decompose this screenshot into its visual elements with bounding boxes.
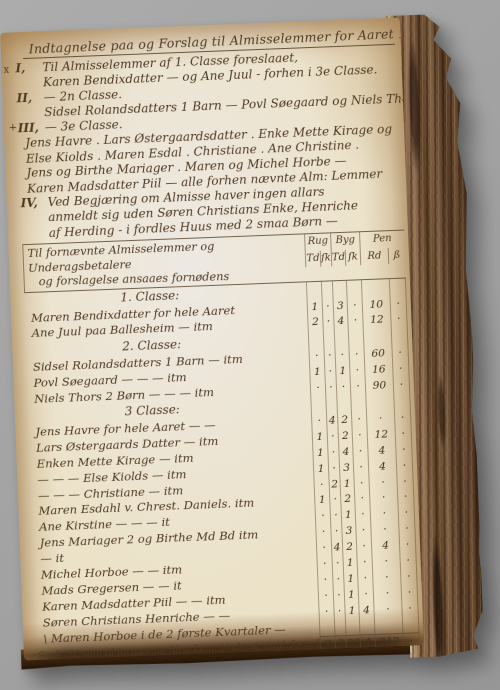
value-cell: · — [313, 477, 329, 493]
value-cell: · — [356, 539, 372, 555]
value-cell — [402, 617, 420, 634]
value-cell — [391, 328, 409, 346]
column-group-label: Pen — [359, 231, 405, 250]
value-cell: · — [373, 586, 402, 603]
value-cell: 1 — [307, 299, 323, 315]
value-cell: · — [308, 349, 324, 365]
value-cell: · — [400, 569, 418, 586]
value-cell: · — [401, 585, 419, 602]
value-cell — [319, 620, 335, 636]
value-cell: · — [331, 556, 343, 572]
value-cell — [359, 619, 375, 635]
column-unit-label: Td — [305, 251, 321, 268]
value-cell: · — [327, 445, 339, 461]
paragraph-list: I,Til Almisselemmer af 1. Classe foresla… — [15, 47, 404, 242]
value-cell: · — [353, 476, 369, 492]
value-cell: · — [396, 474, 414, 491]
value-cell: · — [325, 380, 337, 396]
value-cell: · — [316, 541, 332, 557]
value-cell: · — [354, 491, 370, 507]
value-cell: 4 — [326, 413, 338, 429]
value-cell: · — [349, 363, 365, 379]
alms-table: Til fornævnte Almisselemmer og Underagsb… — [22, 230, 420, 661]
value-cell: 2 — [340, 492, 355, 508]
value-cell: · — [355, 523, 371, 539]
value-cell: 1 — [341, 508, 356, 524]
value-cell — [389, 279, 407, 297]
value-cell: 12 — [362, 313, 391, 330]
value-cell — [310, 396, 326, 414]
value-cell — [323, 331, 335, 349]
value-cell: · — [322, 299, 334, 315]
value-cell: 1 — [312, 430, 328, 446]
column-unit-label: Rd — [360, 248, 389, 265]
value-cell: 4 — [371, 538, 400, 555]
value-cell: · — [372, 570, 401, 587]
value-cell: · — [318, 588, 334, 604]
value-cell: 2 — [328, 477, 340, 493]
value-cell — [308, 331, 324, 349]
photo-background: x + Indtagnelse paa og Forslag til Almis… — [0, 0, 500, 690]
value-cell — [334, 330, 349, 348]
value-cell: · — [370, 522, 399, 539]
value-cell: 12 — [367, 427, 396, 444]
value-cell: · — [318, 604, 334, 620]
value-cell: 60 — [363, 346, 392, 363]
value-cell: · — [333, 588, 345, 604]
value-cell — [325, 396, 337, 414]
value-cell: · — [366, 411, 395, 428]
page-content: x + Indtagnelse paa og Forslag til Almis… — [14, 24, 420, 658]
value-cell — [346, 280, 362, 298]
paragraph-numeral: III, — [18, 120, 46, 136]
value-cell: 1 — [344, 603, 359, 619]
ledger-book: x + Indtagnelse paa og Forslag til Almis… — [0, 16, 476, 661]
value-cell: · — [393, 377, 411, 394]
value-cell: · — [395, 442, 413, 459]
value-cell: · — [358, 587, 374, 603]
column-unit-label: Td — [331, 250, 346, 267]
value-cell: 3 — [339, 460, 354, 476]
value-cell: · — [353, 460, 369, 476]
value-cell: · — [369, 490, 398, 507]
value-cell: 2 — [337, 413, 352, 429]
value-cell — [350, 395, 366, 413]
value-cell: 4 — [331, 540, 343, 556]
value-cell: · — [317, 572, 333, 588]
column-unit-label: ſk — [320, 250, 332, 266]
value-cell: 4 — [338, 444, 353, 460]
value-cell: · — [371, 554, 400, 571]
value-cell: · — [352, 444, 368, 460]
value-cell — [306, 282, 322, 300]
value-cell: · — [351, 412, 367, 428]
value-cell — [334, 620, 346, 636]
value-cell: · — [323, 348, 335, 364]
value-cell: · — [332, 572, 344, 588]
value-cell: 3 — [341, 524, 356, 540]
paragraph-numeral: IV, — [20, 195, 48, 211]
value-cell: 1 — [312, 445, 328, 461]
value-cell — [345, 619, 360, 635]
paragraph-numeral: II, — [16, 90, 44, 106]
value-cell: · — [315, 525, 331, 541]
value-cell: 10 — [362, 297, 391, 314]
value-cell: · — [357, 571, 373, 587]
value-cell: · — [352, 428, 368, 444]
table-body: 1. Classe:Maren Bendixdatter for hele Aa… — [24, 279, 420, 661]
value-cell: · — [330, 524, 342, 540]
column-unit-label: ſk — [345, 249, 361, 266]
value-cell: 2 — [342, 540, 357, 556]
value-cell: 3 — [333, 298, 348, 314]
value-cell: · — [347, 314, 363, 330]
value-cell: · — [390, 296, 408, 313]
column-group-label: Rug — [304, 233, 331, 251]
value-cell: · — [397, 490, 415, 507]
value-cell — [332, 281, 347, 299]
value-cell: · — [398, 506, 416, 523]
value-cell: · — [310, 380, 326, 396]
value-cell: · — [399, 553, 417, 570]
column-unit-label: ß — [388, 248, 406, 265]
value-cell: 2 — [338, 429, 353, 445]
value-cell: · — [311, 414, 327, 430]
value-cell — [393, 393, 411, 411]
value-cell: 1 — [313, 461, 329, 477]
value-cell: 4 — [368, 459, 397, 476]
value-cell: · — [395, 426, 413, 443]
value-cell: · — [347, 298, 363, 314]
value-cell: · — [330, 508, 342, 524]
value-cell: · — [356, 555, 372, 571]
value-cell — [348, 329, 364, 347]
table-header-columns: RugBygPen TdſkTdſkRdß — [304, 231, 406, 282]
value-cell: · — [396, 458, 414, 475]
column-unit-labels: TdſkTdſkRdß — [305, 248, 406, 268]
margin-mark-x: x — [3, 63, 9, 78]
value-cell: · — [401, 601, 419, 618]
value-cell — [321, 281, 333, 299]
value-cell: · — [398, 522, 416, 539]
value-cell: 16 — [364, 362, 393, 379]
value-cell: · — [391, 345, 409, 362]
value-cell: · — [370, 506, 399, 523]
value-cell: 1 — [344, 587, 359, 603]
value-cell: · — [336, 379, 351, 395]
value-cell — [361, 279, 390, 298]
value-cell: · — [355, 507, 371, 523]
ledger-page: x + Indtagnelse paa og Forslag til Almis… — [0, 18, 424, 661]
value-cell: 4 — [333, 314, 348, 330]
value-cell: 1 — [343, 571, 358, 587]
value-cell — [336, 395, 351, 413]
value-cell: 90 — [365, 378, 394, 395]
value-cell: · — [324, 364, 336, 380]
value-cell: · — [334, 348, 349, 364]
value-cell: · — [316, 557, 332, 573]
value-cell: 2 — [307, 315, 323, 331]
value-cell: · — [333, 604, 345, 620]
value-cell: 4 — [367, 443, 396, 460]
value-cell: · — [329, 493, 341, 509]
value-cell: 4 — [358, 603, 374, 619]
value-cell: · — [327, 429, 339, 445]
value-cell: · — [392, 361, 410, 378]
value-cell: · — [348, 347, 364, 363]
paragraph-numeral: I, — [15, 60, 43, 76]
value-cell — [374, 617, 403, 634]
value-cell: 1 — [309, 364, 325, 380]
value-cell — [365, 394, 394, 413]
value-cell: · — [328, 461, 340, 477]
value-cell: · — [350, 379, 366, 395]
value-cell — [363, 328, 392, 347]
value-cell: · — [322, 315, 334, 331]
value-cell: · — [368, 475, 397, 492]
value-cell: · — [394, 410, 412, 427]
margin-mark-plus: + — [8, 120, 17, 135]
column-group-label: Byg — [330, 232, 360, 250]
value-cell: · — [315, 509, 331, 525]
value-cell: 1 — [342, 556, 357, 572]
value-cell: · — [373, 602, 402, 619]
value-cell: 1 — [339, 476, 354, 492]
value-cell: 1 — [314, 493, 330, 509]
value-cell: · — [399, 537, 417, 554]
value-cell: · — [390, 312, 408, 329]
value-cell: 1 — [335, 363, 350, 379]
